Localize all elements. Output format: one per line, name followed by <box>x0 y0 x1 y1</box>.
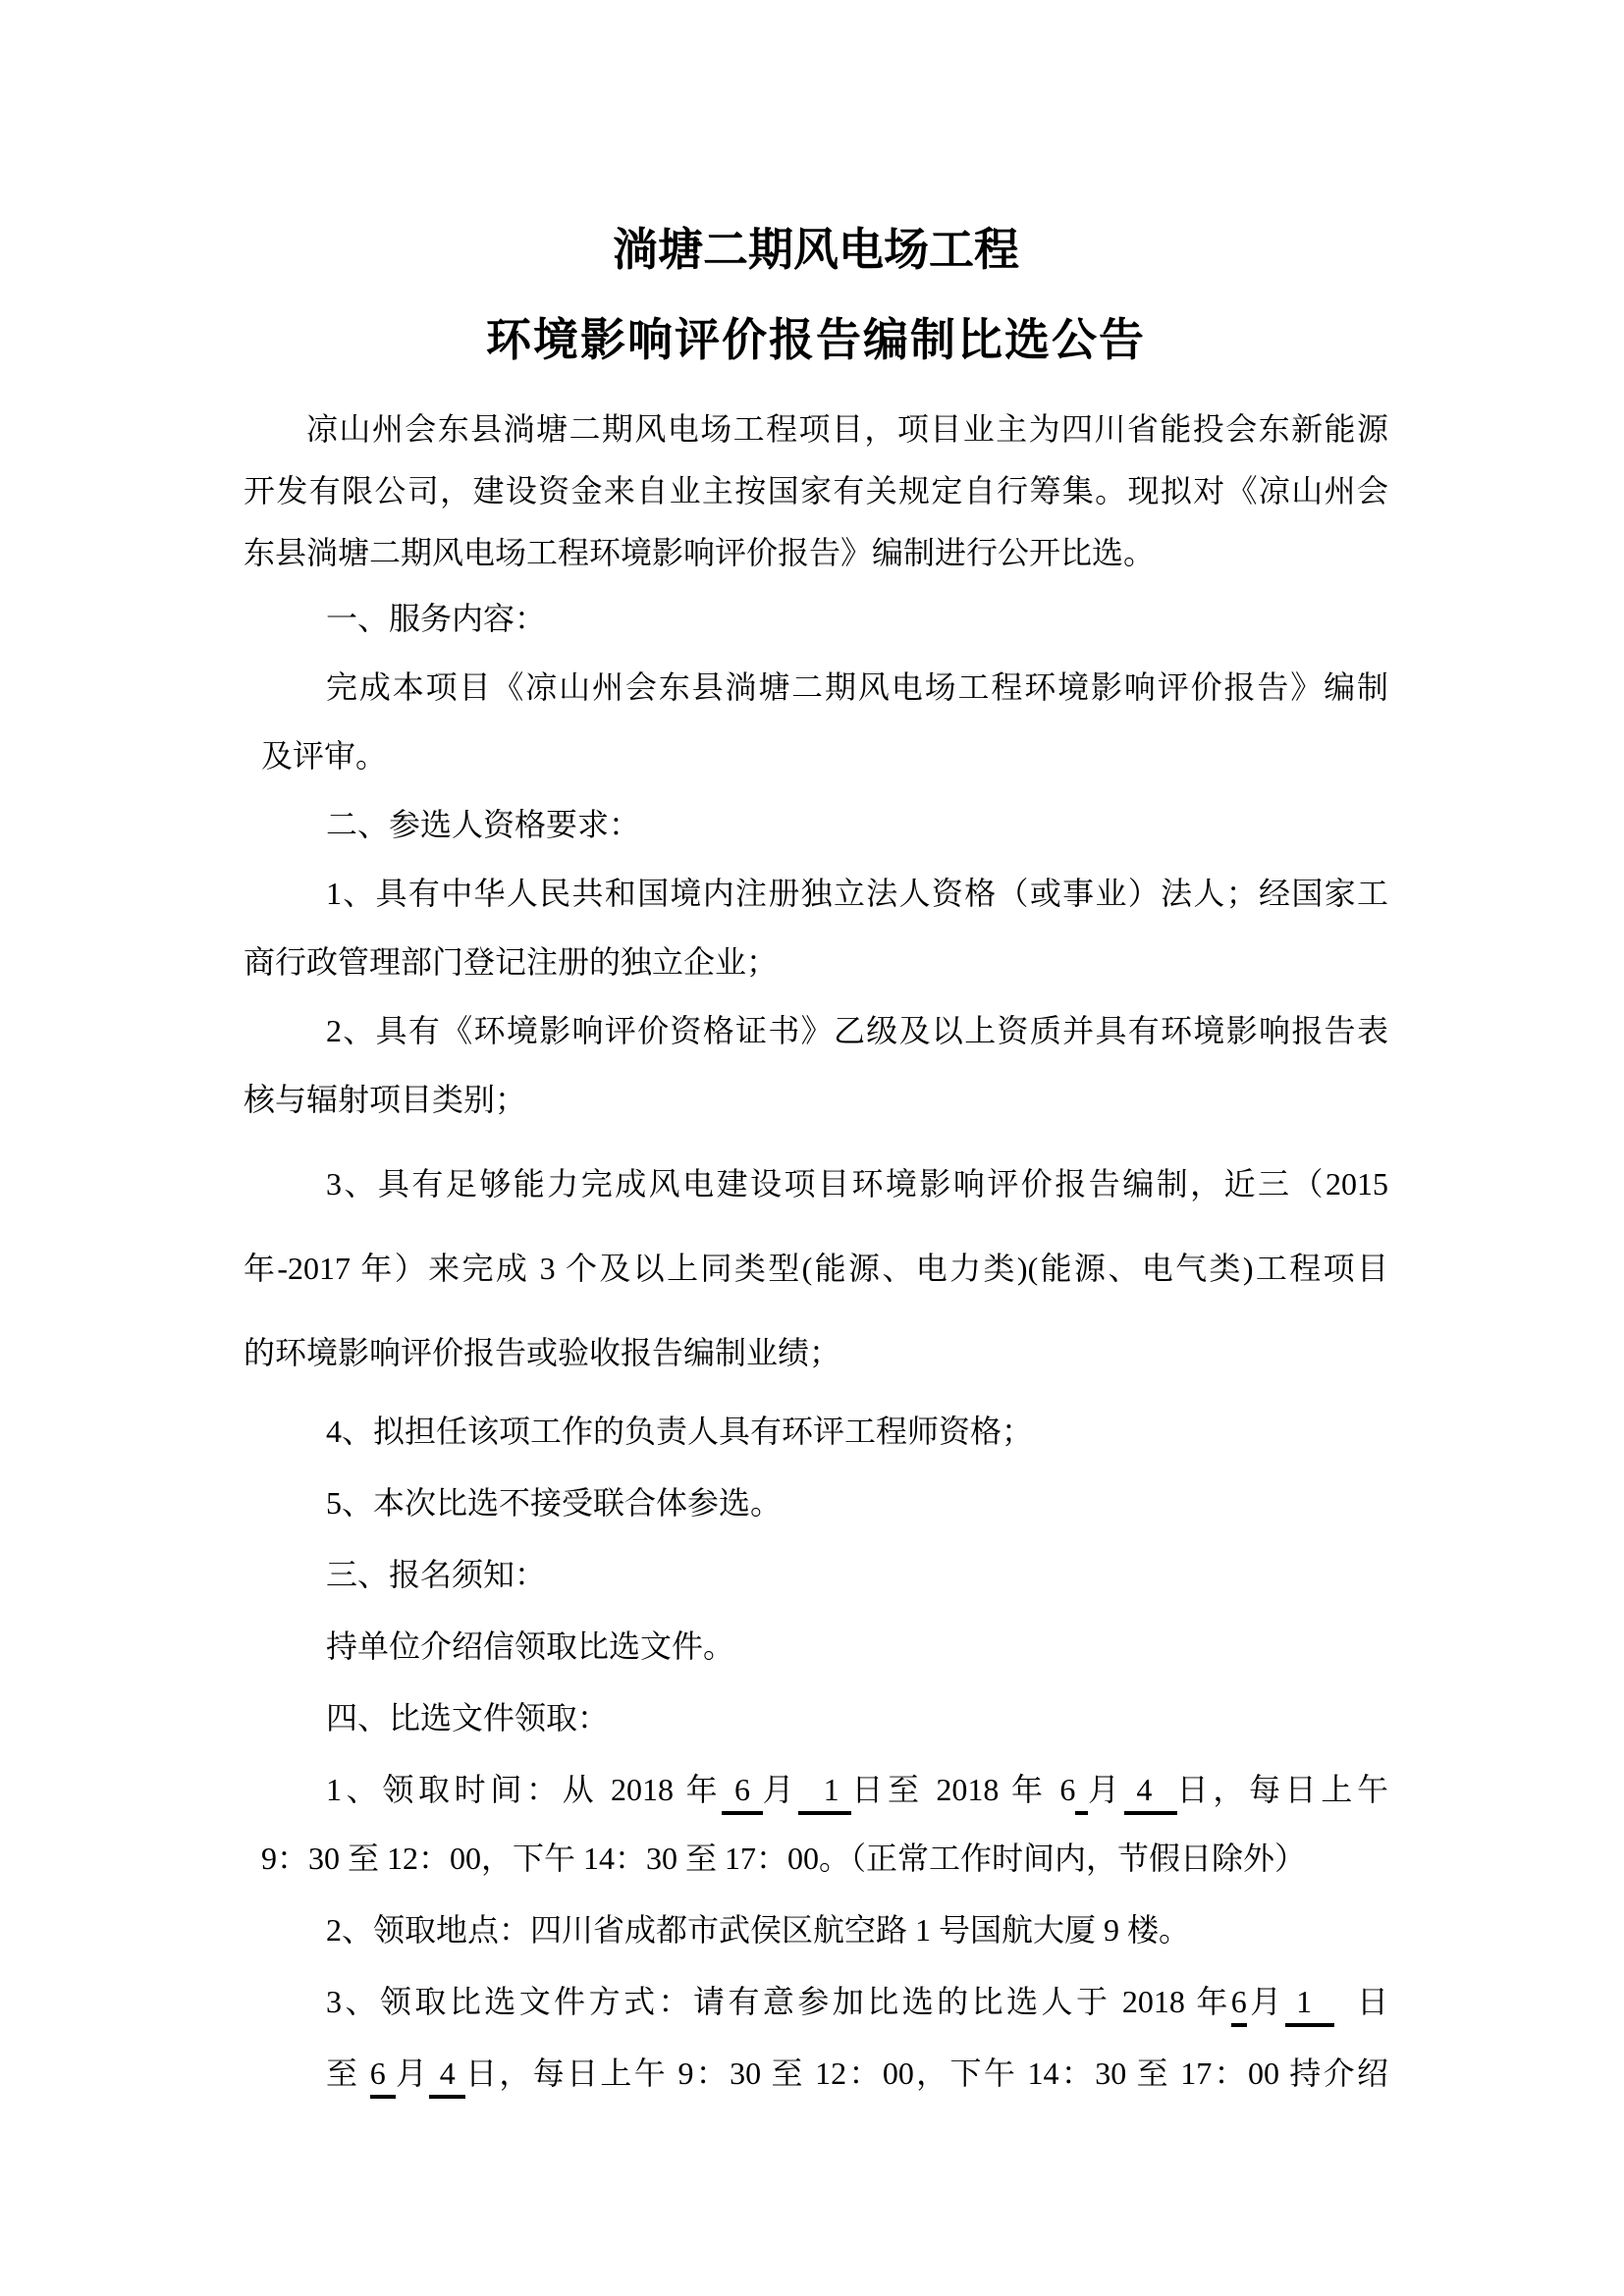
text-run: 月 <box>1247 1984 1285 2019</box>
text-run: 三、报名须知： <box>326 1557 546 1592</box>
text-run: 商行政管理部门登记注册的独立企业； <box>244 944 778 980</box>
section-2-item-1-line-2: 商行政管理部门登记注册的独立企业； <box>244 928 1388 996</box>
section-heading-1: 一、服务内容： <box>244 584 1388 653</box>
section-4-item-3-line-2: 至 6 月 4 日，每日上午 9：30 至 12：00，下午 14：30 至 1… <box>244 2039 1388 2108</box>
document-body: 凉山州会东县淌塘二期风电场工程项目，项目业主为四川省能投会东新能源开发有限公司，… <box>244 399 1388 2108</box>
section-4-item-1-line-1: 1、领取时间：从 2018 年 6 月 1 日至 2018 年 6 月 4 日，… <box>244 1755 1388 1824</box>
fill-in-underline: 1 <box>798 1772 851 1815</box>
text-run: 的环境影响评价报告或验收报告编制业绩； <box>244 1335 840 1370</box>
text-run: 3、具有足够能力完成风电建设项目环境影响评价报告编制，近三（2015 <box>326 1166 1388 1201</box>
text-run: 开发有限公司，建设资金来自业主按国家有关规定自行筹集。现拟对《凉山州会 <box>244 473 1388 508</box>
text-run: 日，每日上午 9：30 至 12：00，下午 14：30 至 17：00 持介绍 <box>465 2056 1388 2091</box>
text-run: 9：30 至 12：00，下午 14：30 至 17：00。（正常工作时间内，节… <box>261 1841 1306 1876</box>
intro-paragraph-line-2: 开发有限公司，建设资金来自业主按国家有关规定自行筹集。现拟对《凉山州会 <box>244 460 1388 522</box>
text-run: 1、具有中华人民共和国境内注册独立法人资格（或事业）法人；经国家工 <box>326 876 1388 911</box>
text-run: 1、领取时间：从 2018 年 <box>326 1772 722 1807</box>
section-2-item-3-line-1: 3、具有足够能力完成风电建设项目环境影响评价报告编制，近三（2015 <box>244 1149 1388 1218</box>
text-run: 二、参选人资格要求： <box>326 807 640 842</box>
text-run: 一、服务内容： <box>326 601 546 636</box>
text-run: 年-2017 年）来完成 3 个及以上同类型(能源、电力类)(能源、电气类)工程… <box>244 1251 1388 1286</box>
section-4-item-3-line-1: 3、领取比选文件方式：请有意参加比选的比选人于 2018 年6月 1 日 <box>244 1967 1388 2036</box>
section-2-item-2-line-2: 核与辐射项目类别； <box>244 1065 1388 1134</box>
text-run: 东县淌塘二期风电场工程环境影响评价报告》编制进行公开比选。 <box>244 535 1155 570</box>
text-run: 2、具有《环境影响评价资格证书》乙级及以上资质并具有环境影响报告表 <box>326 1013 1388 1048</box>
text-run: 2、领取地点：四川省成都市武侯区航空路 1 号国航大厦 9 楼。 <box>326 1912 1190 1948</box>
section-1-body-line-2: 及评审。 <box>244 721 1388 790</box>
text-run: 完成本项目《凉山州会东县淌塘二期风电场工程环境影响评价报告》编制 <box>326 669 1388 705</box>
text-run: 5、本次比选不接受联合体参选。 <box>326 1485 782 1521</box>
text-run: 月 <box>1088 1772 1124 1807</box>
document-title-line-1: 淌塘二期风电场工程 <box>244 216 1388 285</box>
section-2-item-3-line-3: 的环境影响评价报告或验收报告编制业绩； <box>244 1318 1388 1387</box>
text-run: 四、比选文件领取： <box>326 1700 609 1735</box>
text-run: 4、拟担任该项工作的负责人具有环评工程师资格； <box>326 1414 1033 1449</box>
fill-in-underline: 6 <box>722 1772 762 1815</box>
text-run: 凉山州会东县淌塘二期风电场工程项目，项目业主为四川省能投会东新能源 <box>306 411 1388 447</box>
intro-paragraph-line-1: 凉山州会东县淌塘二期风电场工程项目，项目业主为四川省能投会东新能源 <box>244 399 1388 460</box>
text-run: 至 <box>326 2056 370 2091</box>
fill-in-underline: 6 <box>370 2056 396 2099</box>
document-page: 淌塘二期风电场工程 环境影响评价报告编制比选公告 凉山州会东县淌塘二期风电场工程… <box>0 0 1624 2296</box>
text-run: 日至 2018 年 6 <box>851 1772 1075 1807</box>
text-run: 核与辐射项目类别； <box>244 1082 526 1117</box>
fill-in-underline: 4 <box>1124 1772 1177 1815</box>
section-2-item-1-line-1: 1、具有中华人民共和国境内注册独立法人资格（或事业）法人；经国家工 <box>244 859 1388 928</box>
text-run: 及评审。 <box>261 738 387 774</box>
section-heading-4: 四、比选文件领取： <box>244 1683 1388 1752</box>
text-run: 日 <box>1334 1984 1388 2019</box>
text-run: 月 <box>396 2056 429 2091</box>
text-run: 日，每日上午 <box>1177 1772 1388 1807</box>
document-title-line-2: 环境影响评价报告编制比选公告 <box>244 306 1388 375</box>
text-run: 3、领取比选文件方式：请有意参加比选的比选人于 2018 年 <box>326 1984 1231 2019</box>
fill-in-underline: 6 <box>1231 1984 1247 2027</box>
intro-paragraph-line-3: 东县淌塘二期风电场工程环境影响评价报告》编制进行公开比选。 <box>244 522 1388 584</box>
section-4-item-1-line-2: 9：30 至 12：00，下午 14：30 至 17：00。（正常工作时间内，节… <box>244 1824 1388 1893</box>
section-2-item-5: 5、本次比选不接受联合体参选。 <box>244 1468 1388 1537</box>
section-2-item-4: 4、拟担任该项工作的负责人具有环评工程师资格； <box>244 1397 1388 1466</box>
section-heading-2: 二、参选人资格要求： <box>244 790 1388 859</box>
section-2-item-3-line-2: 年-2017 年）来完成 3 个及以上同类型(能源、电力类)(能源、电气类)工程… <box>244 1234 1388 1303</box>
section-2-item-2-line-1: 2、具有《环境影响评价资格证书》乙级及以上资质并具有环境影响报告表 <box>244 996 1388 1065</box>
document-content: 淌塘二期风电场工程 环境影响评价报告编制比选公告 凉山州会东县淌塘二期风电场工程… <box>244 0 1388 2108</box>
section-1-body-line-1: 完成本项目《凉山州会东县淌塘二期风电场工程环境影响评价报告》编制 <box>244 653 1388 721</box>
section-4-item-2: 2、领取地点：四川省成都市武侯区航空路 1 号国航大厦 9 楼。 <box>244 1896 1388 1964</box>
text-run: 月 <box>763 1772 799 1807</box>
fill-in-underline <box>1075 1772 1088 1815</box>
text-run: 持单位介绍信领取比选文件。 <box>326 1629 734 1664</box>
section-3-body: 持单位介绍信领取比选文件。 <box>244 1612 1388 1681</box>
fill-in-underline: 4 <box>429 2056 465 2099</box>
section-heading-3: 三、报名须知： <box>244 1540 1388 1609</box>
fill-in-underline: 1 <box>1285 1984 1334 2027</box>
